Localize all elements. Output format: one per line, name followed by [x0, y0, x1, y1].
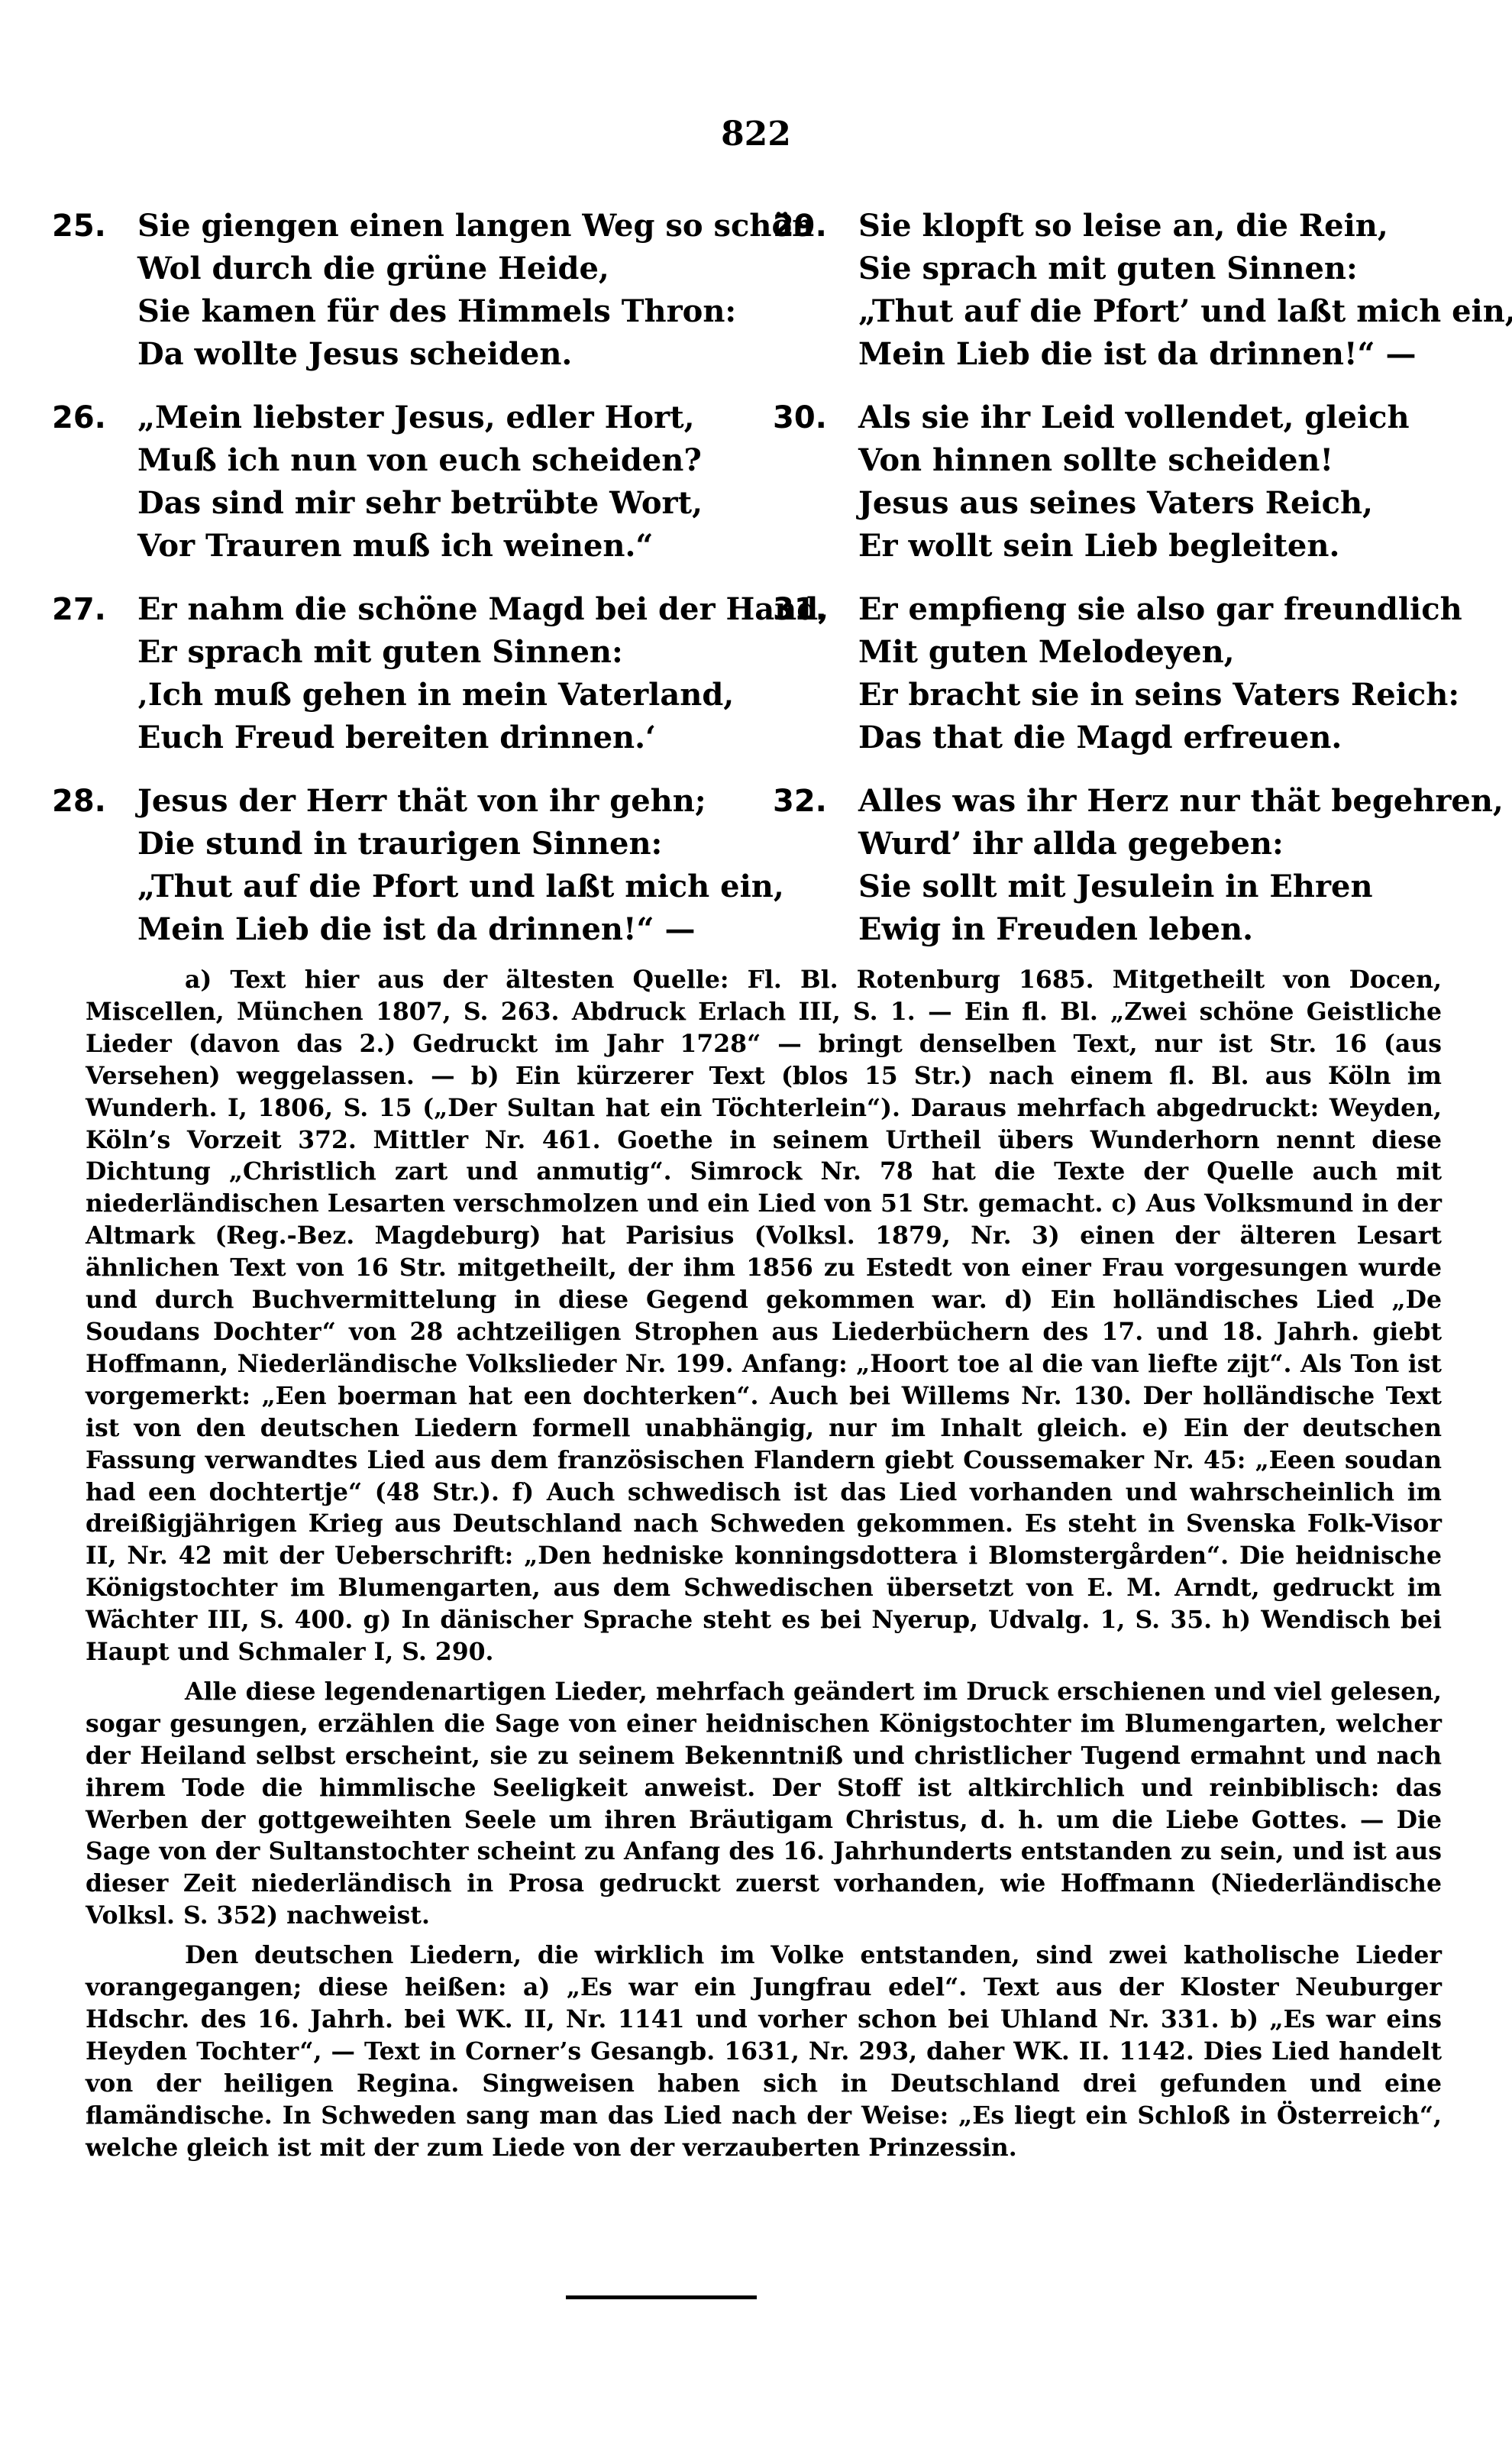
verse-line: Muß ich nun von euch scheiden?	[137, 439, 709, 482]
verse-line: Wurd’ ihr allda gegeben:	[858, 823, 1430, 865]
verse-line: „Mein liebster Jesus, edler Hort,	[137, 396, 709, 439]
end-rule-divider	[566, 2295, 757, 2299]
verse-line: Ewig in Freuden leben.	[858, 908, 1430, 951]
verse-line: „Thut auf die Pfort und laßt mich ein,	[137, 865, 709, 908]
verse-line: Das that die Magd erfreuen.	[858, 717, 1430, 759]
page-number: 822	[0, 115, 1512, 154]
stanza-28: 28. Jesus der Herr thät von ihr gehn; Di…	[52, 780, 709, 951]
verse-line: Sie giengen einen langen Weg so schön	[137, 205, 709, 247]
verse-line: Jesus aus seines Vaters Reich,	[858, 482, 1430, 525]
stanza-26: 26. „Mein liebster Jesus, edler Hort, Mu…	[52, 396, 709, 568]
notes-section: a) Text hier aus der ältesten Quelle: Fl…	[86, 964, 1442, 2172]
verse-line: ‚Ich muß gehen in mein Vaterland,	[137, 674, 709, 717]
verse-line: Euch Freud bereiten drinnen.‘	[137, 717, 709, 759]
stanza-number: 25.	[52, 205, 106, 247]
stanza-number: 31.	[773, 588, 827, 631]
stanza-27: 27. Er nahm die schöne Magd bei der Hand…	[52, 588, 709, 759]
verse-line: Sie klopft so leise an, die Rein,	[858, 205, 1430, 247]
verse-line: Sie sprach mit guten Sinnen:	[858, 247, 1430, 290]
verse-line: Er empfieng sie also gar freundlich	[858, 588, 1430, 631]
stanza-number: 27.	[52, 588, 106, 631]
verse-line: Er wollt sein Lieb begleiten.	[858, 525, 1430, 568]
stanza-32: 32. Alles was ihr Herz nur thät begehren…	[773, 780, 1430, 951]
verse-line: Da wollte Jesus scheiden.	[137, 333, 709, 376]
stanza-29: 29. Sie klopft so leise an, die Rein, Si…	[773, 205, 1430, 376]
source-footnote: a) Text hier aus der ältesten Quelle: Fl…	[86, 964, 1442, 1668]
commentary-paragraph: Alle diese legendenartigen Lieder, mehrf…	[86, 1676, 1442, 1932]
commentary-paragraph: Den deutschen Liedern, die wirklich im V…	[86, 1939, 1442, 2163]
verse-line: „Thut auf die Pfort’ und laßt mich ein,	[858, 290, 1430, 333]
verse-line: Das sind mir sehr betrübte Wort,	[137, 482, 709, 525]
verse-line: Er sprach mit guten Sinnen:	[137, 631, 709, 674]
stanza-31: 31. Er empfieng sie also gar freundlich …	[773, 588, 1430, 759]
verse-line: Mein Lieb die ist da drinnen!“ —	[858, 333, 1430, 376]
poem-column-right: 29. Sie klopft so leise an, die Rein, Si…	[773, 205, 1430, 972]
verse-line: Von hinnen sollte scheiden!	[858, 439, 1430, 482]
verse-line: Alles was ihr Herz nur thät begehren,	[858, 780, 1430, 823]
stanza-number: 30.	[773, 396, 827, 439]
verse-line: Sie sollt mit Jesulein in Ehren	[858, 865, 1430, 908]
verse-line: Als sie ihr Leid vollendet, gleich	[858, 396, 1430, 439]
stanza-number: 32.	[773, 780, 827, 823]
stanza-30: 30. Als sie ihr Leid vollendet, gleich V…	[773, 396, 1430, 568]
verse-line: Mit guten Melodeyen,	[858, 631, 1430, 674]
stanza-number: 28.	[52, 780, 106, 823]
verse-line: Vor Trauren muß ich weinen.“	[137, 525, 709, 568]
stanza-25: 25. Sie giengen einen langen Weg so schö…	[52, 205, 709, 376]
verse-line: Er nahm die schöne Magd bei der Hand,	[137, 588, 709, 631]
poem-column-left: 25. Sie giengen einen langen Weg so schö…	[52, 205, 709, 972]
verse-line: Die stund in traurigen Sinnen:	[137, 823, 709, 865]
verse-line: Mein Lieb die ist da drinnen!“ —	[137, 908, 709, 951]
verse-line: Wol durch die grüne Heide,	[137, 247, 709, 290]
verse-line: Jesus der Herr thät von ihr gehn;	[137, 780, 709, 823]
stanza-number: 29.	[773, 205, 827, 247]
stanza-number: 26.	[52, 396, 106, 439]
verse-line: Sie kamen für des Himmels Thron:	[137, 290, 709, 333]
verse-line: Er bracht sie in seins Vaters Reich:	[858, 674, 1430, 717]
